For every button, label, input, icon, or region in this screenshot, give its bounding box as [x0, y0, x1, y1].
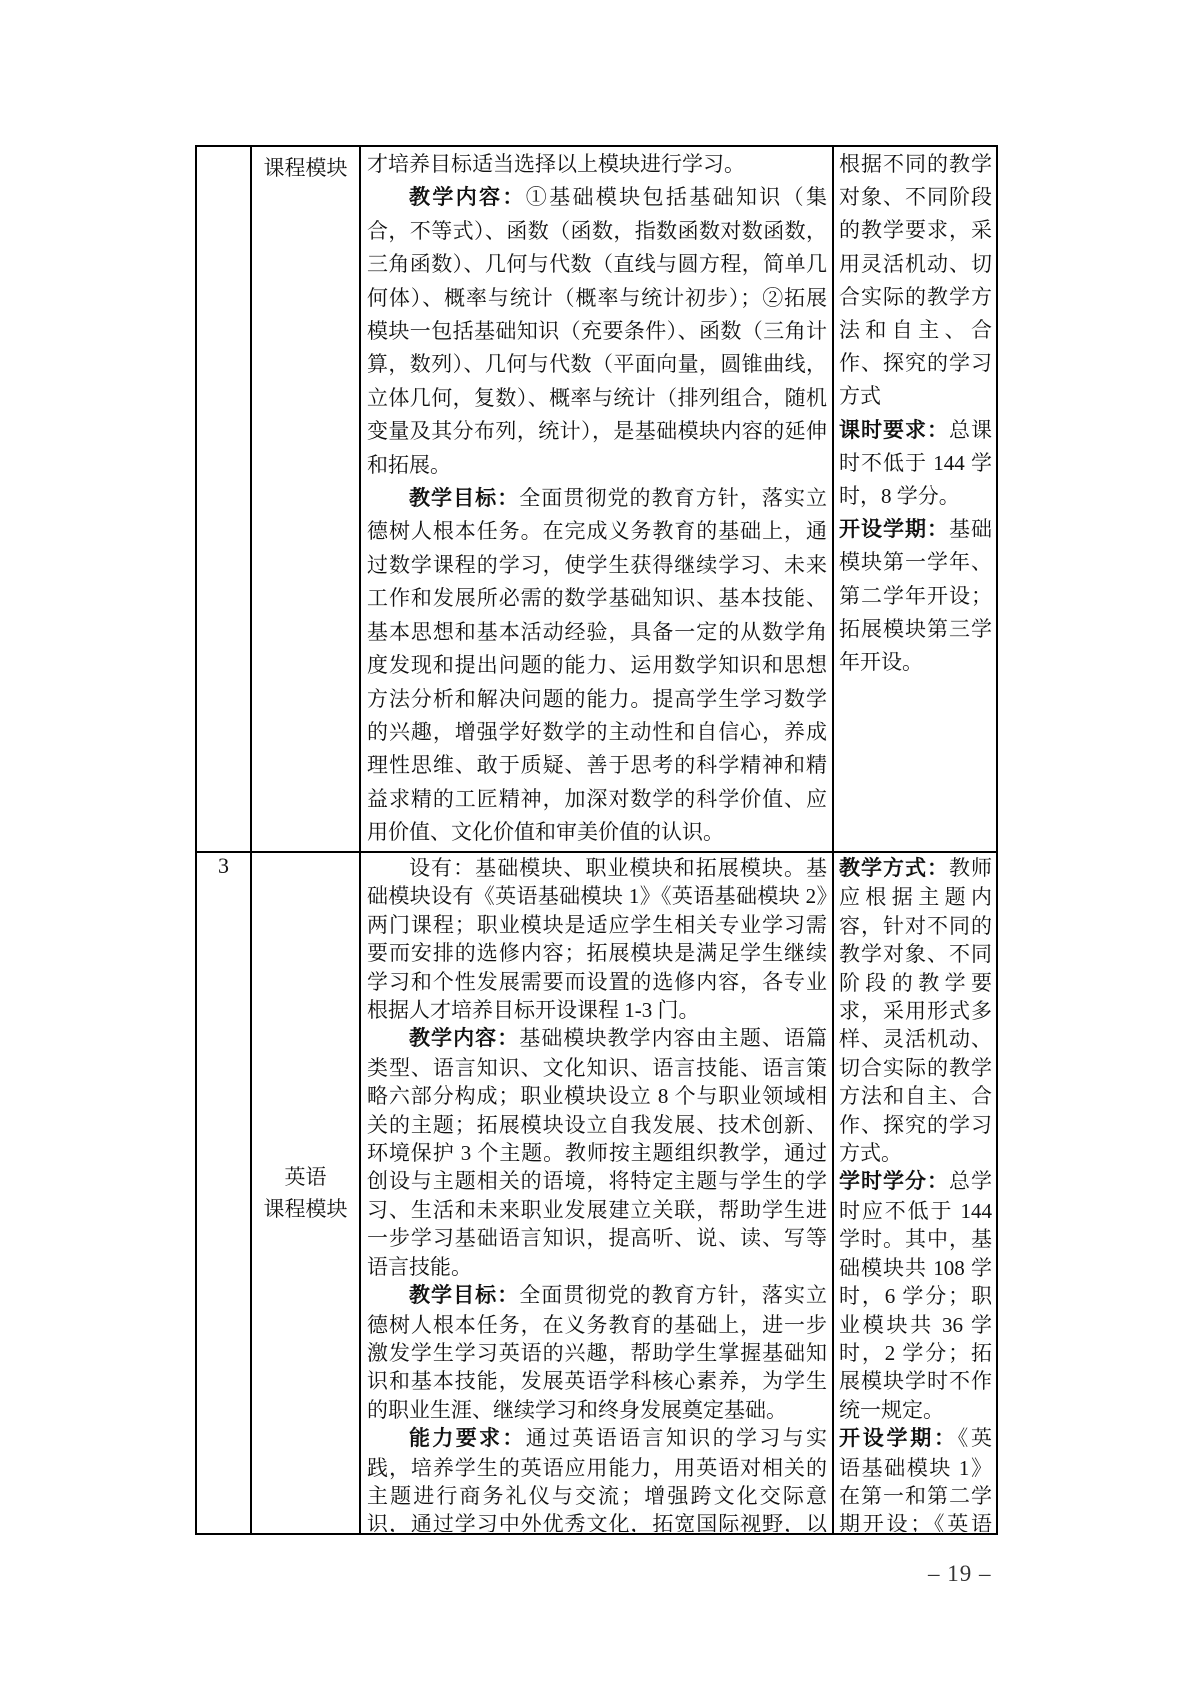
- module-notes-cell: 根据不同的教学对象、不同阶段的教学要求，采用灵活机动、切合实际的教学方法和自主、…: [833, 146, 997, 852]
- paragraph-teaching-goal: 教学目标：全面贯彻党的教育方针，落实立德树人根本任务。在完成义务教育的基础上，通…: [367, 482, 827, 849]
- page-number: – 19 –: [928, 1561, 1018, 1587]
- note-continuation: 根据不同的教学对象、不同阶段的教学要求，采用灵活机动、切合实际的教学方法和自主、…: [839, 148, 992, 414]
- module-description-cell: 设有：基础模块、职业模块和拓展模块。基础模块设有《英语基础模块 1》《英语基础模…: [360, 852, 833, 1534]
- note-text: 根据不同的教学对象、不同阶段的教学要求，采用灵活机动、切合实际的教学方法和自主、…: [839, 152, 992, 408]
- paragraph-text: 才培养目标适当选择以上模块进行学习。: [367, 152, 745, 176]
- paragraph-modules-overview: 设有：基础模块、职业模块和拓展模块。基础模块设有《英语基础模块 1》《英语基础模…: [367, 854, 827, 1024]
- note-text: 教师应根据主题内容，针对不同的教学对象、不同阶段的教学要求，采用形式多样、灵活机…: [839, 856, 992, 1165]
- note-teaching-method: 教学方式：教师应根据主题内容，针对不同的教学对象、不同阶段的教学要求，采用形式多…: [839, 854, 992, 1167]
- note-label: 开设学期：: [839, 518, 949, 541]
- module-name-line: 课程模块: [252, 152, 359, 182]
- description-text-block: 才培养目标适当选择以上模块进行学习。 教学内容：①基础模块包括基础知识（集合，不…: [361, 147, 832, 850]
- table-row-english-module: 3 英语 课程模块 设有：基础模块、职业模块和拓展模块。基础模块设有《英语基础模…: [196, 852, 997, 1534]
- note-text: 总学时应不低于 144 学时。其中，基础模块共 108 学时，6 学分；职业模块…: [839, 1169, 992, 1421]
- table-row-math-module: 课程模块 才培养目标适当选择以上模块进行学习。 教学内容：①基础模块包括基础知识…: [196, 146, 997, 852]
- note-label: 学时学分：: [839, 1170, 949, 1193]
- paragraph-text: 设有：基础模块、职业模块和拓展模块。基础模块设有《英语基础模块 1》《英语基础模…: [367, 856, 827, 1022]
- description-text-block: 设有：基础模块、职业模块和拓展模块。基础模块设有《英语基础模块 1》《英语基础模…: [361, 853, 832, 1532]
- module-notes-cell: 教学方式：教师应根据主题内容，针对不同的教学对象、不同阶段的教学要求，采用形式多…: [833, 852, 997, 1534]
- notes-text-block: 教学方式：教师应根据主题内容，针对不同的教学对象、不同阶段的教学要求，采用形式多…: [834, 853, 996, 1532]
- row-number-cell: 3: [196, 852, 251, 1534]
- paragraph-label: 教学内容：: [409, 186, 526, 209]
- note-credit-hours: 学时学分：总学时应不低于 144 学时。其中，基础模块共 108 学时，6 学分…: [839, 1167, 992, 1424]
- note-label: 教学方式：: [839, 857, 949, 880]
- note-label: 开设学期：: [839, 1427, 958, 1450]
- paragraph-label: 教学目标：: [409, 1284, 519, 1307]
- paragraph-text: 基础模块教学内容由主题、语篇类型、语言知识、文化知识、语言技能、语言策略六部分构…: [367, 1026, 827, 1278]
- paragraph-teaching-goal: 教学目标：全面贯彻党的教育方针，落实立德树人根本任务，在义务教育的基础上，进一步…: [367, 1281, 827, 1424]
- notes-text-block: 根据不同的教学对象、不同阶段的教学要求，采用灵活机动、切合实际的教学方法和自主、…: [834, 147, 996, 679]
- note-semester: 开设学期：基础模块第一学年、第二学年开设；拓展模块第三学年开设。: [839, 513, 992, 679]
- row-number-cell: [196, 146, 251, 852]
- paragraph-teaching-content: 教学内容：基础模块教学内容由主题、语篇类型、语言知识、文化知识、语言技能、语言策…: [367, 1024, 827, 1281]
- paragraph-text: ①基础模块包括基础知识（集合，不等式）、函数（函数，指数函数对数函数，三角函数）…: [367, 185, 827, 476]
- note-class-hours: 课时要求：总课时不低于 144 学时，8 学分。: [839, 414, 992, 514]
- module-description-cell: 才培养目标适当选择以上模块进行学习。 教学内容：①基础模块包括基础知识（集合，不…: [360, 146, 833, 852]
- paragraph-label: 能力要求：: [409, 1427, 526, 1450]
- note-semester: 开设学期：《英语基础模块 1》在第一和第二学期开设；《英语基础模块 2》在第三和…: [839, 1424, 992, 1532]
- paragraph-label: 教学内容：: [409, 1027, 519, 1050]
- module-name-cell: 课程模块: [251, 146, 360, 852]
- paragraph-ability-requirement: 能力要求：通过英语语言知识的学习与实践，培养学生的英语应用能力，用英语对相关的主…: [367, 1424, 827, 1532]
- paragraph-teaching-content: 教学内容：①基础模块包括基础知识（集合，不等式）、函数（函数，指数函数对数函数，…: [367, 181, 827, 482]
- document-page: 课程模块 才培养目标适当选择以上模块进行学习。 教学内容：①基础模块包括基础知识…: [0, 0, 1191, 1684]
- module-name-cell: 英语 课程模块: [251, 852, 360, 1534]
- module-name-line: 课程模块: [252, 1193, 359, 1225]
- paragraph-text: 全面贯彻党的教育方针，落实立德树人根本任务。在完成义务教育的基础上，通过数学课程…: [367, 486, 827, 844]
- module-name-line: 英语: [252, 1161, 359, 1193]
- paragraph-continuation: 才培养目标适当选择以上模块进行学习。: [367, 148, 827, 181]
- paragraph-label: 教学目标：: [409, 487, 519, 510]
- course-module-table: 课程模块 才培养目标适当选择以上模块进行学习。 教学内容：①基础模块包括基础知识…: [195, 145, 998, 1535]
- note-label: 课时要求：: [839, 419, 949, 442]
